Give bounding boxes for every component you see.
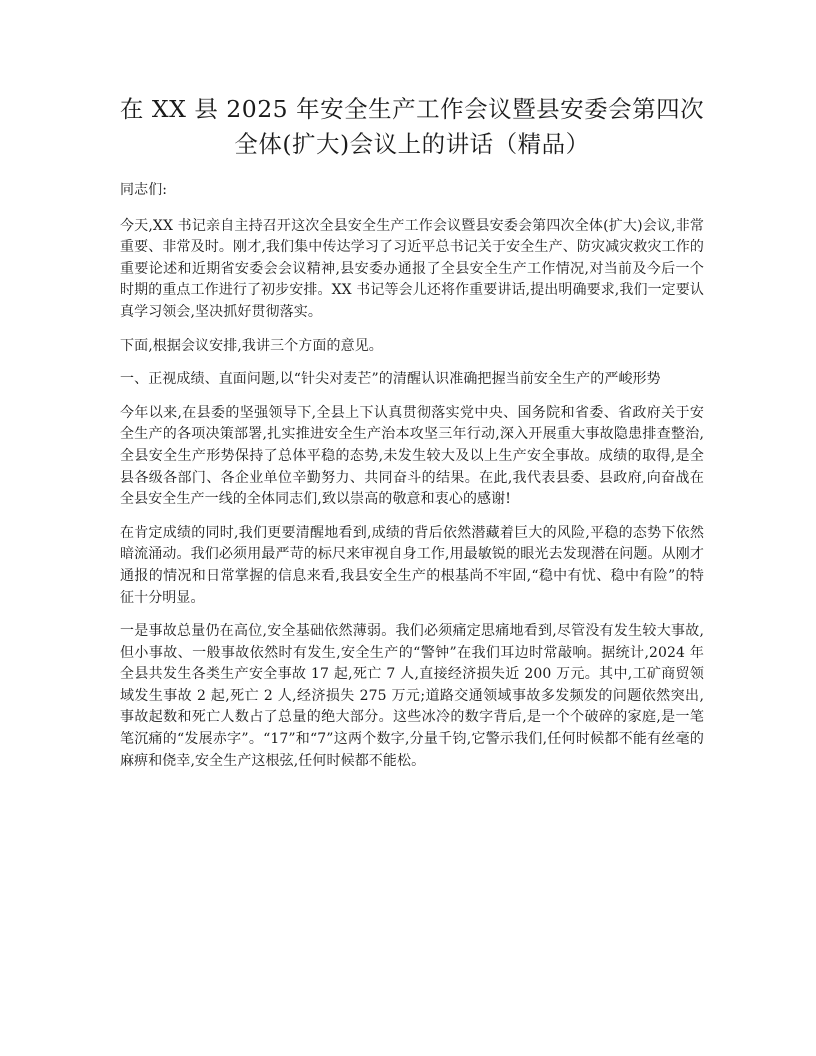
- paragraph-risks: 在肯定成绩的同时,我们更要清醒地看到,成绩的背后依然潜藏着巨大的风险,平稳的态势…: [120, 523, 704, 609]
- paragraph-outline: 下面,根据会议安排,我讲三个方面的意见。: [120, 336, 704, 358]
- document-title: 在 XX 县 2025 年安全生产工作会议暨县安委会第四次 全体(扩大)会议上的…: [100, 92, 724, 162]
- title-line-2: 全体(扩大)会议上的讲话（精品）: [100, 127, 724, 162]
- salutation: 同志们:: [120, 180, 704, 202]
- title-line-1: 在 XX 县 2025 年安全生产工作会议暨县安委会第四次: [100, 92, 724, 127]
- section-heading-1: 一、正视成绩、直面问题,以“针尖对麦芒”的清醒认识准确把握当前安全生产的严峻形势: [120, 369, 704, 391]
- paragraph-achievements: 今年以来,在县委的坚强领导下,全县上下认真贯彻落实党中央、国务院和省委、省政府关…: [120, 403, 704, 511]
- document-page: 在 XX 县 2025 年安全生产工作会议暨县安委会第四次 全体(扩大)会议上的…: [120, 92, 704, 784]
- paragraph-intro: 今天,XX 书记亲自主持召开这次全县安全生产工作会议暨县安委会第四次全体(扩大)…: [120, 216, 704, 324]
- paragraph-point-one: 一是事故总量仍在高位,安全基础依然薄弱。我们必须痛定思痛地看到,尽管没有发生较大…: [120, 621, 704, 772]
